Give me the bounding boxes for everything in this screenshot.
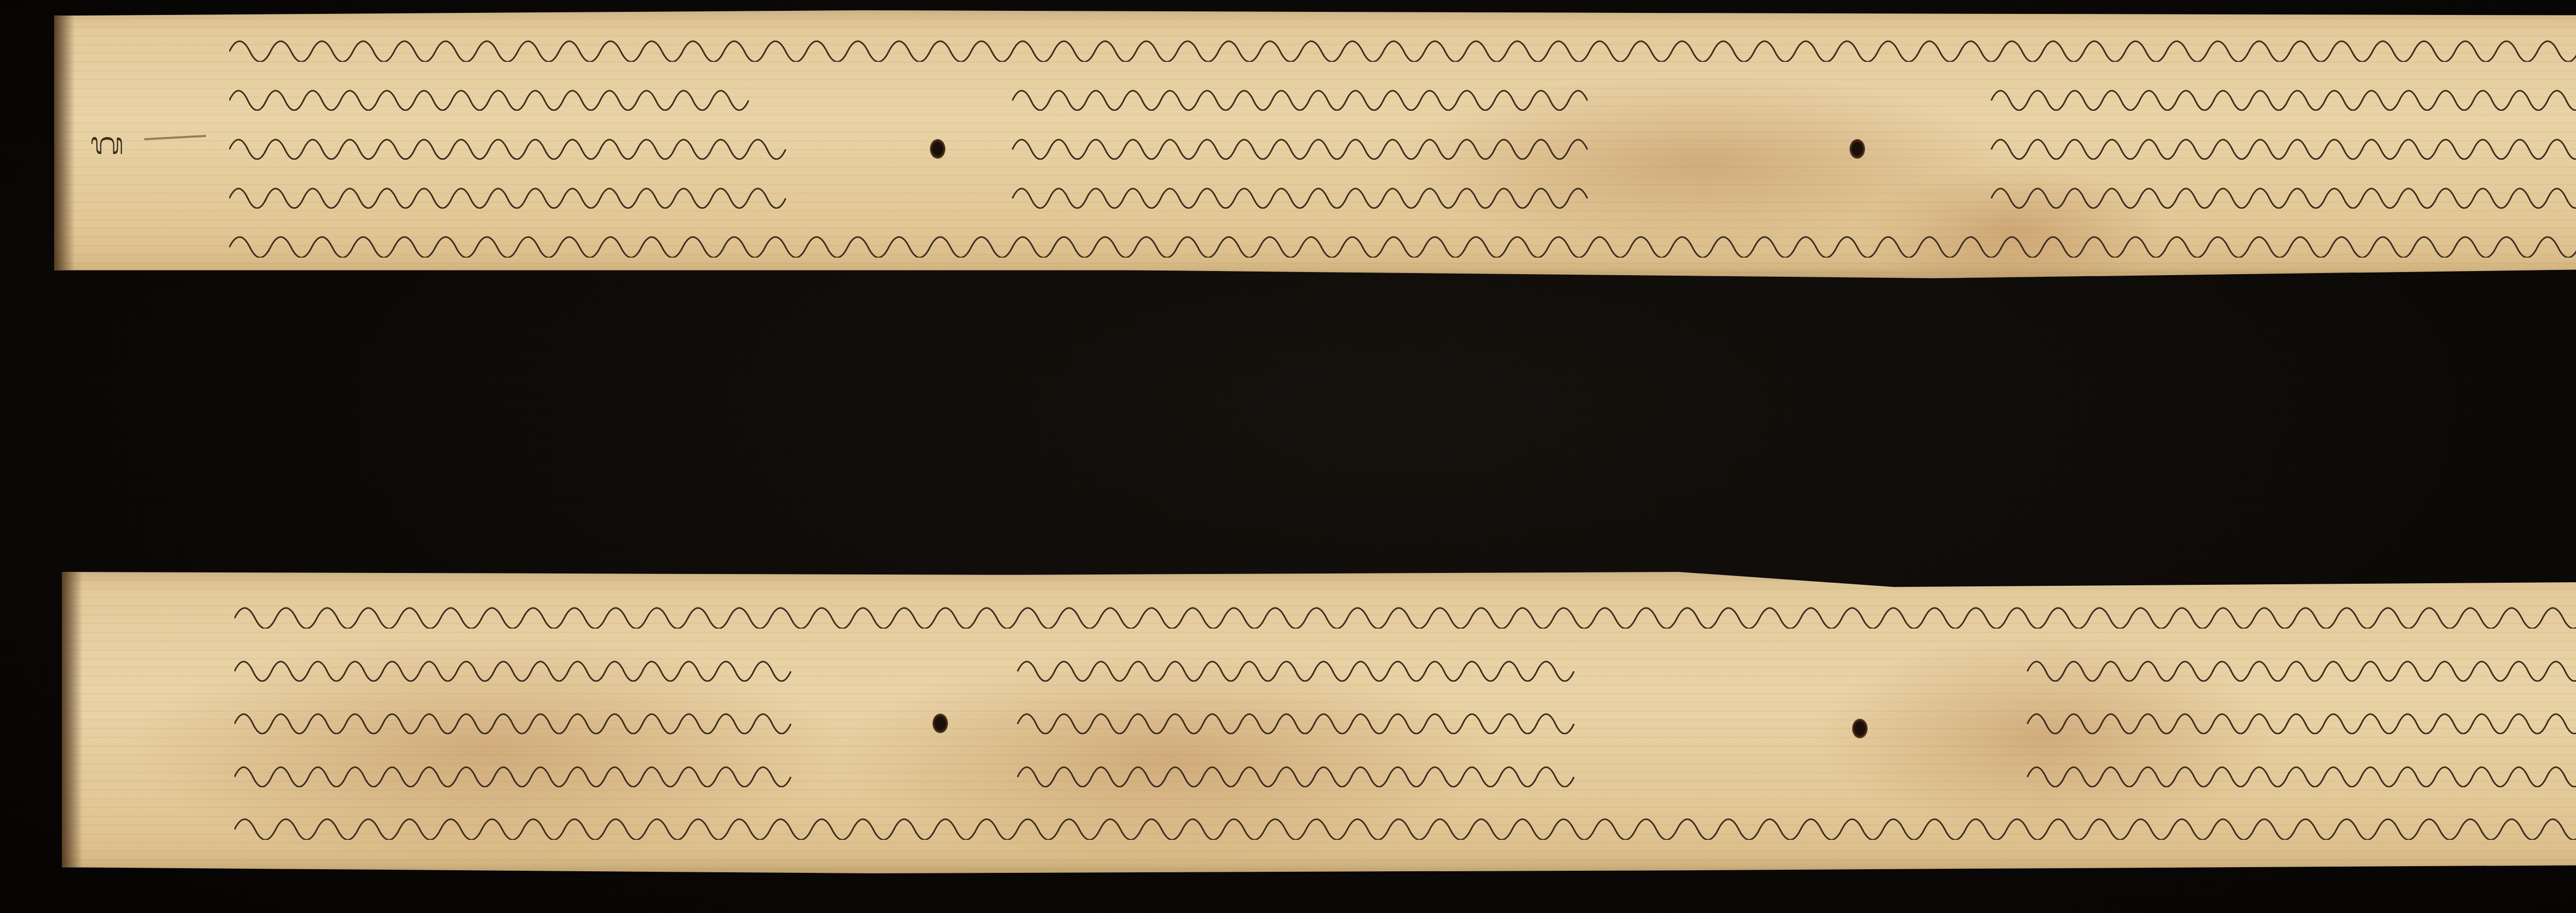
script-line-4 [229,178,2576,209]
script-line-3 [229,129,2576,160]
script-line-1 [229,31,2576,62]
page-number-glyph: ᬕ [90,121,124,177]
script-line-2 [229,80,2576,111]
script-line-5 [229,227,2576,258]
palm-leaf-manuscript-top: ᬕ [54,10,2576,278]
page-marker-dash [144,135,206,140]
script-line-5 [234,809,2576,840]
text-block [229,31,2576,258]
leaf-edge-left [62,572,82,873]
script-line-2 [234,651,2576,682]
script-line-3 [234,703,2576,734]
text-block [234,598,2576,840]
palm-leaf-manuscript-bottom [62,572,2576,873]
script-line-4 [234,756,2576,787]
leaf-edge-left [54,10,75,278]
script-line-1 [234,598,2576,629]
